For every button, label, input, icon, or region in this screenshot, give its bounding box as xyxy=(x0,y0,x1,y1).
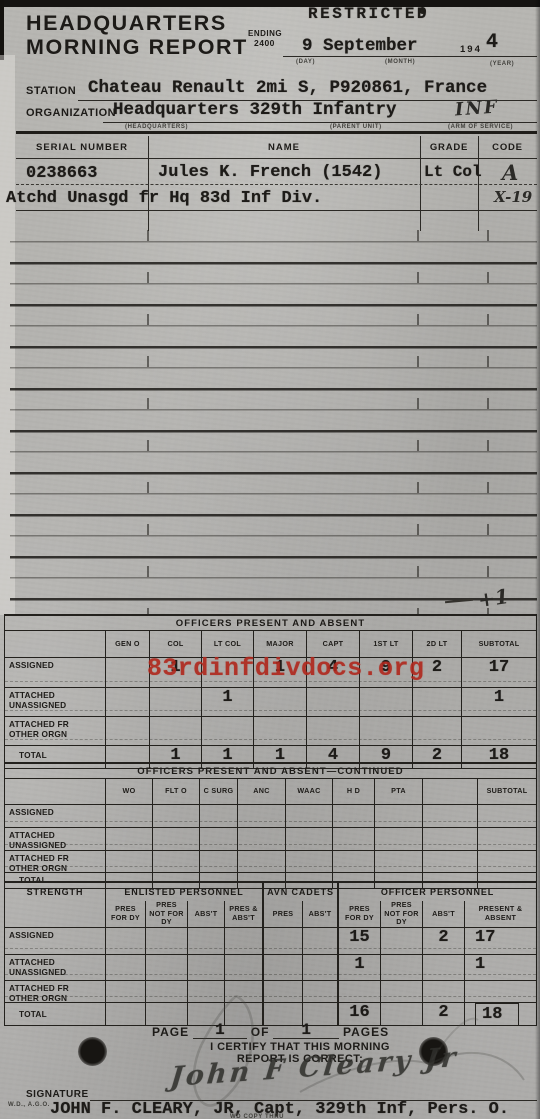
strength-table: STRENGTH ENLISTED PERSONNEL AVN CADETS O… xyxy=(4,881,537,1026)
cell xyxy=(149,717,201,745)
cell: 1 xyxy=(464,955,536,980)
cell xyxy=(152,805,199,827)
column-header: PRES FOR DY xyxy=(337,901,380,927)
strength-group-header: STRENGTH ENLISTED PERSONNEL AVN CADETS O… xyxy=(5,883,536,901)
roster-header-line xyxy=(16,158,537,159)
entry-grade: Lt Col xyxy=(424,163,482,181)
cell xyxy=(380,981,422,1002)
row-label: ATTACHED UNASSIGNED xyxy=(5,828,79,850)
punch-hole-left xyxy=(78,1037,107,1066)
cell: 1 xyxy=(337,955,380,980)
column-header: GEN O xyxy=(105,631,149,657)
pages-count: 1 xyxy=(273,1022,339,1039)
table-row: ATTACHED UNASSIGNED xyxy=(5,827,536,850)
cell xyxy=(306,688,359,716)
cell xyxy=(152,851,199,872)
cell xyxy=(224,928,262,954)
arm-of-service-sublabel: (ARM OF SERVICE) xyxy=(448,124,513,130)
ending-time: 2400 xyxy=(254,38,275,48)
of-label: OF xyxy=(251,1025,270,1039)
cell xyxy=(359,688,412,716)
cell xyxy=(105,717,149,745)
cell xyxy=(105,828,152,850)
cell xyxy=(412,717,461,745)
cell xyxy=(332,805,374,827)
cell: 2 xyxy=(422,1003,464,1025)
cell xyxy=(422,981,464,1002)
cell xyxy=(422,779,477,804)
cell xyxy=(332,851,374,872)
year-printed: 194 xyxy=(460,44,482,55)
form-title-line2: MORNING REPORT xyxy=(26,35,248,60)
roster-row-line xyxy=(16,184,537,185)
entry-code-written: A xyxy=(502,160,518,185)
signature-line xyxy=(90,1086,537,1101)
year-written: 4 xyxy=(486,31,498,54)
page-number: 1 xyxy=(193,1022,247,1039)
column-header: SUBTOTAL xyxy=(461,631,536,657)
year-label: (YEAR) xyxy=(490,61,514,67)
officers-table: OFFICERS PRESENT AND ABSENT GEN O COL LT… xyxy=(4,614,537,769)
table-row: ATTACHED UNASSIGNED 1 1 xyxy=(5,954,536,980)
cell xyxy=(224,981,262,1002)
cell xyxy=(149,688,201,716)
column-header: WAAC xyxy=(285,779,332,804)
cell xyxy=(337,981,380,1002)
day-label: (DAY) xyxy=(296,59,315,65)
cell xyxy=(105,928,145,954)
table-row: ATTACHED FR OTHER ORGN xyxy=(5,850,536,872)
cell: 18 xyxy=(464,1003,536,1025)
strength-subheader-row: PRES FOR DY PRES NOT FOR DY ABS'T PRES &… xyxy=(5,901,536,927)
roster-col-serial: SERIAL NUMBER xyxy=(16,142,148,153)
cell xyxy=(477,828,536,850)
row-label: ASSIGNED xyxy=(5,928,105,954)
parent-unit-sublabel: (PARENT UNIT) xyxy=(330,124,382,130)
table-row: ATTACHED FR OTHER ORGN xyxy=(5,980,536,1002)
cell xyxy=(145,955,187,980)
roster-col-grade: GRADE xyxy=(420,142,478,153)
column-header: FLT O xyxy=(152,779,199,804)
cell xyxy=(5,901,105,927)
cell: 1 xyxy=(461,688,536,716)
cell: 15 xyxy=(337,928,380,954)
cell xyxy=(285,828,332,850)
cell xyxy=(374,805,422,827)
cell xyxy=(477,851,536,872)
cell xyxy=(187,955,224,980)
cell xyxy=(464,981,536,1002)
officers-continued-table: OFFICERS PRESENT AND ABSENT—CONTINUED WO… xyxy=(4,762,537,889)
organization-line xyxy=(103,106,537,123)
cell xyxy=(105,981,145,1002)
cell: 1 xyxy=(201,688,253,716)
column-header: ABS'T xyxy=(302,901,337,927)
cell xyxy=(237,851,285,872)
cell xyxy=(199,805,237,827)
blank-column-ticks xyxy=(147,228,149,614)
cell: 2 xyxy=(422,928,464,954)
cell xyxy=(199,851,237,872)
column-header: WO xyxy=(105,779,152,804)
copy-print: WD COPY THRU xyxy=(230,1114,284,1119)
cell xyxy=(306,717,359,745)
cell xyxy=(105,955,145,980)
cell xyxy=(302,955,337,980)
cell xyxy=(199,828,237,850)
roster-col-name: NAME xyxy=(148,142,420,153)
row-label: ASSIGNED xyxy=(5,805,105,827)
column-header: PTA xyxy=(374,779,422,804)
cell xyxy=(253,688,306,716)
scan-left-edge xyxy=(0,0,4,60)
strength-label: STRENGTH xyxy=(5,883,105,901)
scan-top-bar xyxy=(0,0,540,7)
margin-note: +1 xyxy=(476,584,510,612)
cell xyxy=(380,955,422,980)
cell xyxy=(187,928,224,954)
column-header: ABS'T xyxy=(422,901,464,927)
group-header: ENLISTED PERSONNEL xyxy=(105,883,262,901)
cell xyxy=(105,658,149,687)
cell xyxy=(5,779,105,804)
cell xyxy=(332,828,374,850)
cell xyxy=(237,805,285,827)
row-label: TOTAL xyxy=(5,1003,105,1025)
pages-label: PAGES xyxy=(343,1025,389,1039)
cell xyxy=(374,851,422,872)
roster-table: SERIAL NUMBER NAME GRADE CODE 0238663 Ju… xyxy=(16,131,537,231)
group-header: AVN CADETS xyxy=(262,883,337,901)
row-label: ATTACHED FR OTHER ORGN xyxy=(5,981,79,1002)
entry-name: Jules K. French (1542) xyxy=(158,163,382,182)
cell xyxy=(359,717,412,745)
column-header: PRES NOT FOR DY xyxy=(145,901,187,927)
column-header: PRES FOR DY xyxy=(105,901,145,927)
row-label: ATTACHED FR OTHER ORGN xyxy=(5,851,79,872)
cell: 17 xyxy=(464,928,536,954)
cell xyxy=(374,828,422,850)
entry-serial: 0238663 xyxy=(26,164,97,183)
remark-line: Atchd Unasgd fr Hq 83d Inf Div. xyxy=(6,189,322,208)
column-header: PRESENT & ABSENT xyxy=(464,901,536,927)
cell xyxy=(302,928,337,954)
officers-table-title: OFFICERS PRESENT AND ABSENT xyxy=(5,616,536,631)
cell xyxy=(152,828,199,850)
cell xyxy=(5,631,105,657)
column-header: PRES & ABS'T xyxy=(224,901,262,927)
column-header: PRES xyxy=(262,901,302,927)
cell xyxy=(422,805,477,827)
cell xyxy=(422,851,477,872)
blank-column-ticks xyxy=(417,228,419,614)
ending-label: ENDING xyxy=(248,29,282,38)
cell xyxy=(224,955,262,980)
boxed-total: 18 xyxy=(475,1003,519,1025)
column-header: PRES NOT FOR DY xyxy=(380,901,422,927)
cell xyxy=(262,955,302,980)
morning-report-scan: HEADQUARTERS MORNING REPORT RESTRICTED E… xyxy=(0,0,540,1119)
roster-col-code: CODE xyxy=(478,142,537,153)
page-label: PAGE xyxy=(152,1025,189,1039)
cell xyxy=(145,981,187,1002)
cell xyxy=(253,717,306,745)
cell xyxy=(422,955,464,980)
signature-label: SIGNATURE xyxy=(26,1089,89,1100)
cell xyxy=(285,851,332,872)
row-label: ASSIGNED xyxy=(5,658,105,687)
form-title-line1: HEADQUARTERS xyxy=(26,11,227,36)
cell xyxy=(262,981,302,1002)
column-header: ANC xyxy=(237,779,285,804)
cell xyxy=(285,805,332,827)
cell: 17 xyxy=(461,658,536,687)
cell xyxy=(461,717,536,745)
cell xyxy=(201,717,253,745)
cell xyxy=(105,851,152,872)
officers-continued-header-row: WO FLT O C SURG ANC WAAC H D PTA SUBTOTA… xyxy=(5,779,536,804)
row-label: ATTACHED UNASSIGNED xyxy=(5,955,79,980)
remark-code-written: X-19 xyxy=(494,188,532,206)
group-header: OFFICER PERSONNEL xyxy=(337,883,536,901)
row-label: ATTACHED FR OTHER ORGN xyxy=(5,717,79,745)
table-row: ASSIGNED 15 2 17 xyxy=(5,927,536,954)
column-header: H D xyxy=(332,779,374,804)
watermark: 83rdinfdivdocs.org xyxy=(147,654,424,683)
station-label: STATION xyxy=(26,85,76,97)
blank-roster-lines xyxy=(10,228,537,614)
column-header: ABS'T xyxy=(187,901,224,927)
cell xyxy=(262,928,302,954)
cell xyxy=(105,688,149,716)
date-value: 9 September xyxy=(302,36,418,56)
roster-row-line2 xyxy=(16,210,537,211)
table-row: ATTACHED UNASSIGNED 1 1 xyxy=(5,687,536,716)
table-row: ASSIGNED xyxy=(5,804,536,827)
cell xyxy=(145,928,187,954)
cell xyxy=(380,928,422,954)
blank-column-ticks xyxy=(487,228,489,614)
column-header: C SURG xyxy=(199,779,237,804)
row-label: ATTACHED UNASSIGNED xyxy=(5,688,79,716)
form-print: W.D., A.G.O. xyxy=(8,1102,50,1108)
cell xyxy=(237,828,285,850)
headquarters-sublabel: (HEADQUARTERS) xyxy=(125,124,188,130)
month-label: (MONTH) xyxy=(385,59,415,65)
cell xyxy=(422,828,477,850)
classification-stamp: RESTRICTED xyxy=(308,5,429,23)
cell xyxy=(105,1003,145,1025)
cell xyxy=(302,981,337,1002)
cell xyxy=(105,805,152,827)
cell xyxy=(477,805,536,827)
table-row: ATTACHED FR OTHER ORGN xyxy=(5,716,536,745)
cell xyxy=(187,981,224,1002)
page-count-line: PAGE 1 OF 1 PAGES xyxy=(152,1022,389,1039)
column-header: SUBTOTAL xyxy=(477,779,536,804)
cell xyxy=(412,688,461,716)
officers-continued-title: OFFICERS PRESENT AND ABSENT—CONTINUED xyxy=(5,764,536,779)
